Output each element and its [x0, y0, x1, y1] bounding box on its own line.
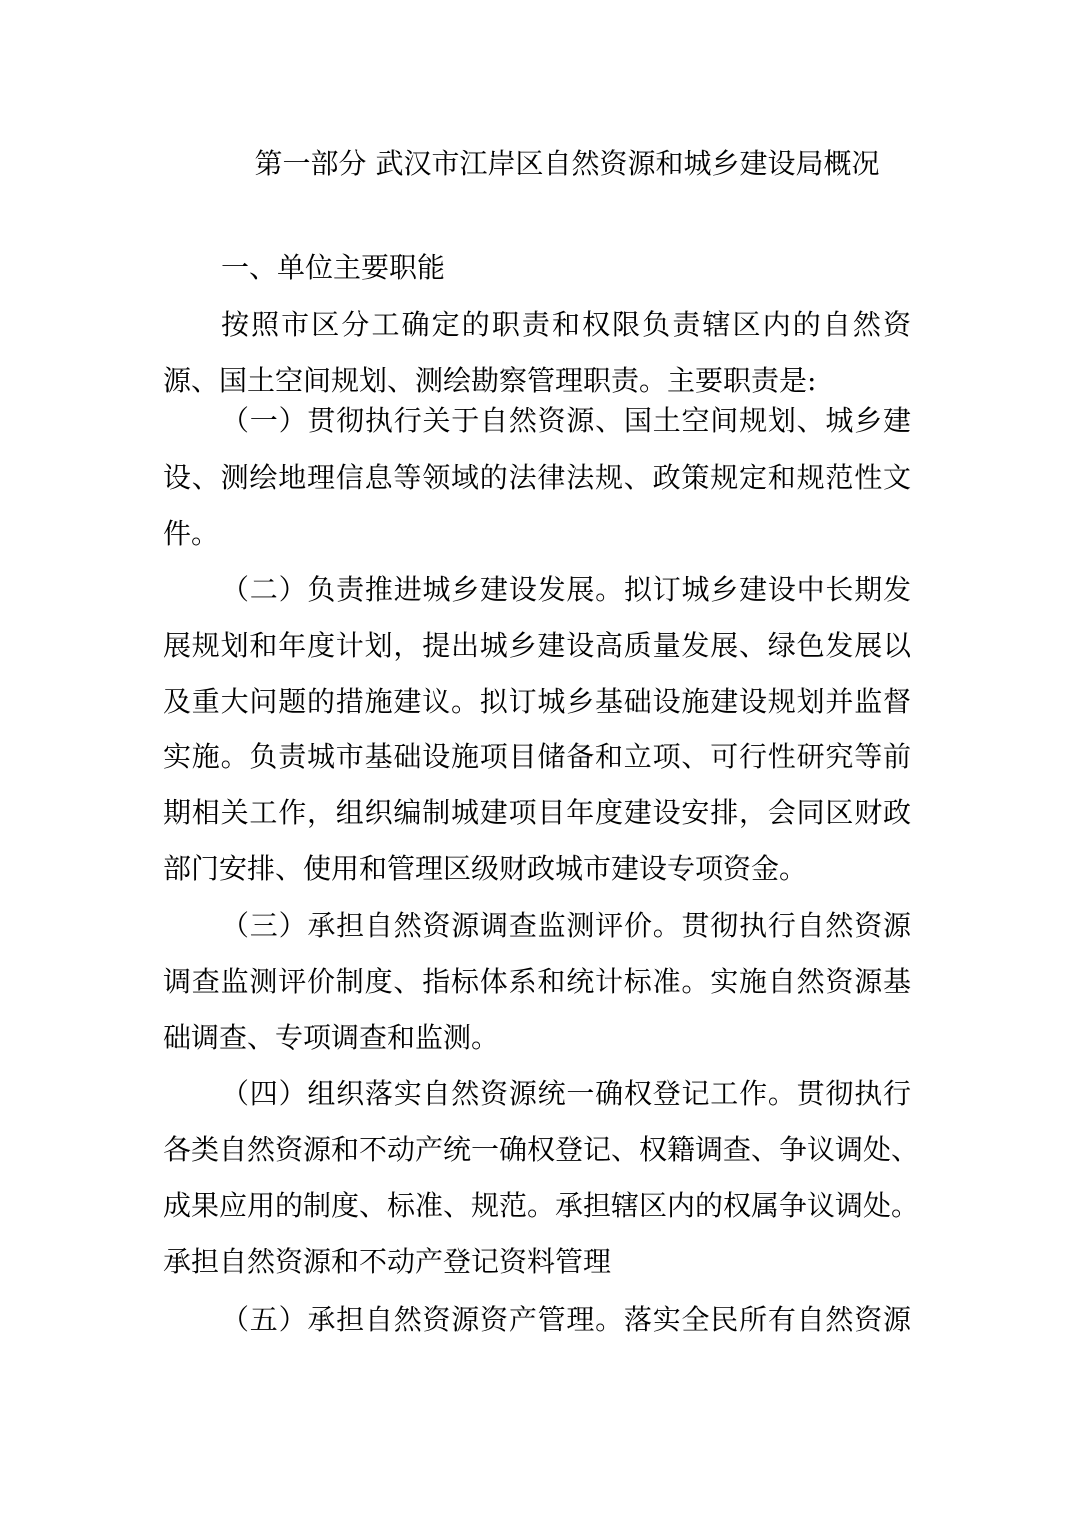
paragraph-line: 展规划和年度计划，提出城乡建设高质量发展、绿色发展以 — [163, 626, 911, 666]
paragraph-line: 源、国土空间规划、测绘勘察管理职责。主要职责是: — [163, 361, 911, 401]
paragraph-line: 按照市区分工确定的职责和权限负责辖区内的自然资 — [221, 305, 911, 345]
document-title: 第一部分 武汉市江岸区自然资源和城乡建设局概况 — [0, 142, 1074, 186]
section-heading: 一、单位主要职能 — [221, 246, 445, 290]
document-page: 第一部分 武汉市江岸区自然资源和城乡建设局概况 一、单位主要职能 按照市区分工确… — [0, 0, 1074, 1520]
paragraph-line: （二）负责推进城乡建设发展。拟订城乡建设中长期发 — [221, 570, 911, 610]
paragraph-line: 调查监测评价制度、指标体系和统计标准。实施自然资源基 — [163, 962, 911, 1002]
paragraph-line: 设、测绘地理信息等领域的法律法规、政策规定和规范性文 — [163, 458, 911, 498]
paragraph-line: 及重大问题的措施建议。拟订城乡基础设施建设规划并监督 — [163, 682, 911, 722]
paragraph-line: 部门安排、使用和管理区级财政城市建设专项资金。 — [163, 849, 911, 889]
paragraph-line: 承担自然资源和不动产登记资料管理 — [163, 1242, 911, 1282]
paragraph-line: （四）组织落实自然资源统一确权登记工作。贯彻执行 — [221, 1074, 911, 1114]
paragraph-line: （五）承担自然资源资产管理。落实全民所有自然资源 — [221, 1300, 911, 1340]
paragraph-line: 件。 — [163, 514, 911, 554]
paragraph-line: （三）承担自然资源调查监测评价。贯彻执行自然资源 — [221, 906, 911, 946]
paragraph-line: 实施。负责城市基础设施项目储备和立项、可行性研究等前 — [163, 737, 911, 777]
paragraph-line: 各类自然资源和不动产统一确权登记、权籍调查、争议调处、 — [163, 1130, 911, 1170]
paragraph-line: 础调查、专项调查和监测。 — [163, 1018, 911, 1058]
paragraph-line: 期相关工作，组织编制城建项目年度建设安排，会同区财政 — [163, 793, 911, 833]
paragraph-line: （一）贯彻执行关于自然资源、国土空间规划、城乡建 — [221, 401, 911, 441]
paragraph-line: 成果应用的制度、标准、规范。承担辖区内的权属争议调处。 — [163, 1186, 911, 1226]
